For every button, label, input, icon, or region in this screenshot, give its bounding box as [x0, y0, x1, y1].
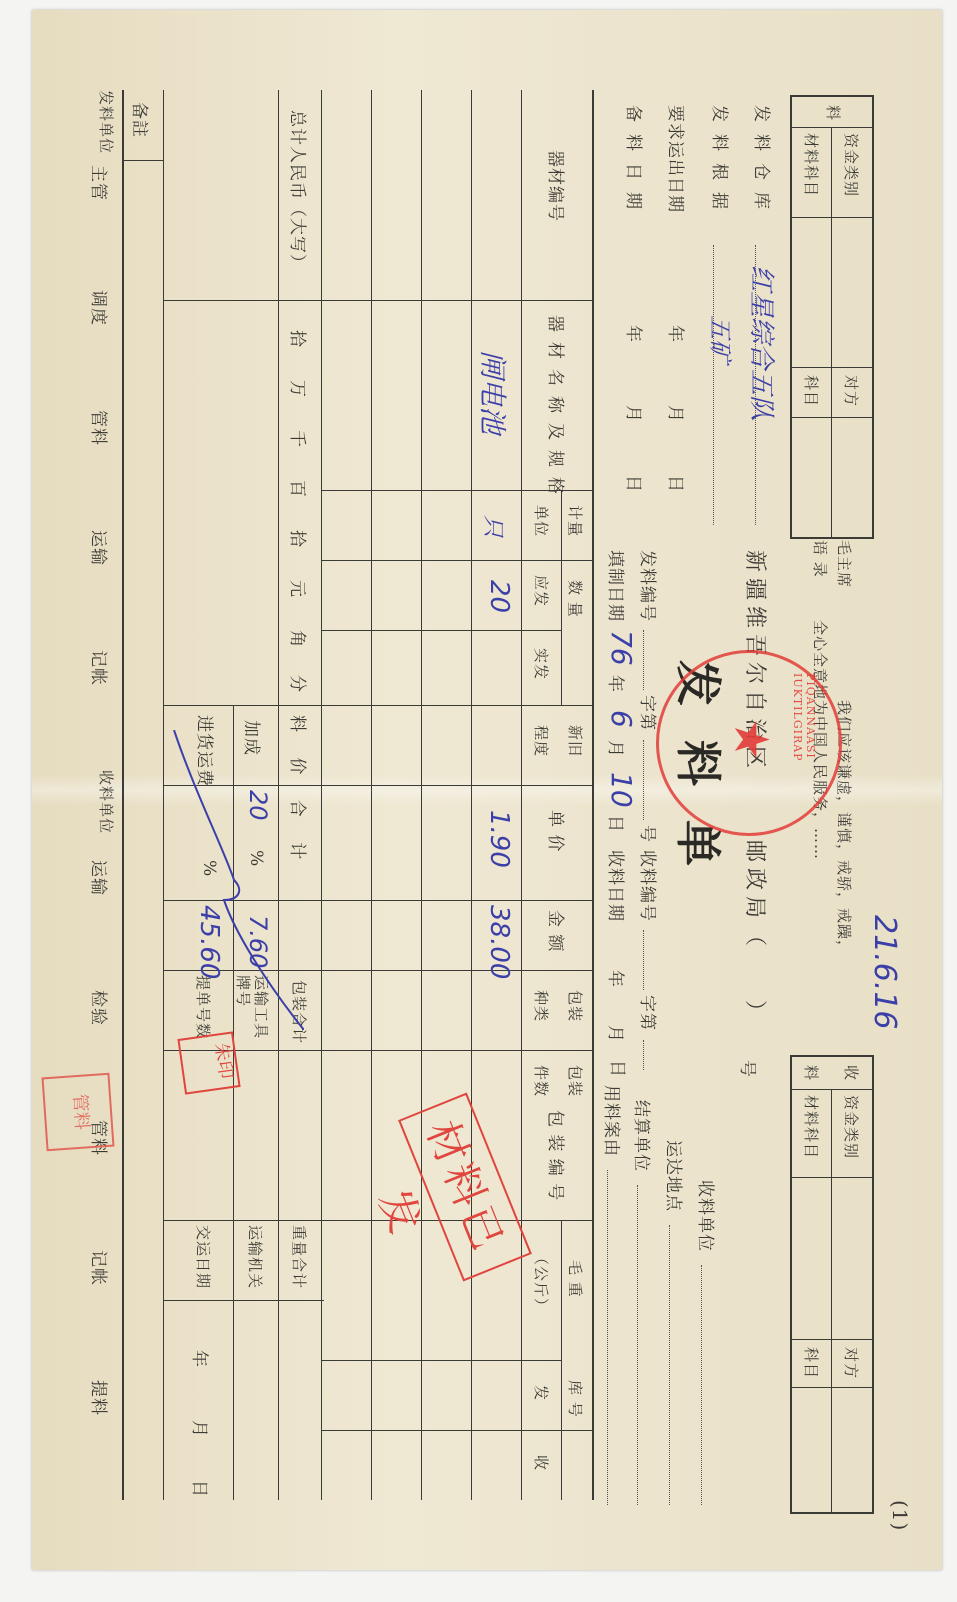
- receive-day: 日: [607, 1060, 632, 1078]
- header-fields-middle: 发料编号 字第 号 收料编号 字第 填制日期 76 年 6 月 10 日 收料日…: [602, 550, 662, 1090]
- materials-table: 器材编号 器材名称及规格 计量 单位 数 量 应发 实发 新旧 程度 单 价 金…: [321, 90, 594, 1500]
- org-suffix: 邮政局（: [741, 840, 772, 952]
- settlement-unit-label: 结算单位: [631, 1100, 656, 1172]
- col-unit: 单位: [531, 505, 552, 537]
- col-equipment-name: 器材名称及规格: [545, 315, 570, 504]
- receive-unit-label: 收料单位: [695, 1180, 720, 1252]
- receive-counter-label: 对方: [841, 1347, 862, 1379]
- unit-qian: 千: [287, 430, 312, 448]
- quote-label: 毛主席: [834, 540, 855, 588]
- org-close: ）: [741, 1000, 772, 1028]
- col-stock-send: 发: [531, 1385, 552, 1401]
- col-unit-price: 单 价: [545, 810, 570, 852]
- sig-receive-inspection: 检验: [88, 990, 113, 1026]
- signature-row: 发料单位 主管 调度 管料 运输 记帐 收料单位 运输 检验 管料 记帐 提料: [67, 90, 117, 1500]
- row-amount: 38.00: [484, 905, 514, 979]
- col-pkg-count-top: 包装: [565, 1065, 586, 1097]
- col-qty-actual: 实发: [531, 648, 552, 680]
- void-strike-line: [164, 730, 304, 1030]
- col-pkg-count: 件数: [531, 1065, 552, 1097]
- receive-side-label-2: 料: [801, 1065, 822, 1081]
- basis-label: 发料根据: [709, 105, 734, 221]
- fill-date-day-value: 10: [605, 772, 638, 808]
- square-seal-1-text: 朱印: [210, 1042, 236, 1081]
- table-row: 闸电池 只 20 1.90 38.00: [472, 90, 522, 1500]
- col-amount: 金 额: [545, 910, 570, 952]
- receive-date-label: 收料日期: [605, 850, 630, 922]
- warehouse-label: 发料仓库: [751, 105, 776, 221]
- usage-reason-label: 用料案由: [601, 1085, 626, 1157]
- issue-num-label: 号: [637, 825, 662, 843]
- bottom-day: 日: [189, 1480, 214, 1498]
- unit-wan: 万: [287, 380, 312, 398]
- col-unit-top: 计量: [565, 505, 586, 537]
- fill-date-year-value: 76: [605, 630, 638, 666]
- fund-type-label: 资金类别: [841, 133, 862, 197]
- col-qty-due: 应发: [531, 575, 552, 607]
- sig-issue-material: 管料: [88, 410, 113, 446]
- prep-year: 年: [623, 325, 648, 343]
- col-pkg-no: 包 装 编 号: [545, 1110, 570, 1201]
- receive-fund-type-label: 资金类别: [841, 1095, 862, 1159]
- counter-subject-label: 科目: [801, 375, 822, 407]
- col-condition-top: 新旧: [565, 725, 586, 757]
- prep-month: 月: [623, 405, 648, 423]
- unit-bai: 百: [287, 480, 312, 498]
- col-stock-no-top: 库 号: [565, 1380, 586, 1418]
- receive-unit-sig-label: 收料单位: [96, 770, 117, 834]
- receive-month: 月: [605, 1025, 630, 1043]
- prep-date-label: 备料日期: [623, 105, 648, 221]
- unit-shi-wan: 拾: [287, 330, 312, 348]
- col-pkg-type-top: 包装: [565, 990, 586, 1022]
- receive-no-label: 收料编号: [637, 850, 662, 922]
- sig-issue-transport: 运输: [88, 530, 113, 566]
- ship-day: 日: [665, 475, 690, 493]
- sig-issue-dispatch: 调度: [88, 290, 113, 326]
- col-gross-weight-unit: （公斤）: [531, 1250, 552, 1314]
- receive-side-label: 收: [841, 1065, 862, 1081]
- counter-label: 对方: [841, 375, 862, 407]
- square-seal-2: 管料: [42, 1073, 115, 1152]
- ship-date-label: 要求运出日期: [665, 105, 690, 213]
- ship-month: 月: [665, 405, 690, 423]
- sig-issue-bookkeeping: 记帐: [88, 650, 113, 686]
- issue-unit-label: 发料单位: [96, 90, 117, 154]
- row-unit: 只: [479, 515, 510, 537]
- ship-date-label-bottom: 交运日期: [193, 1225, 214, 1289]
- fill-date-month-value: 6: [605, 710, 638, 728]
- quote-label-2: 语 录: [810, 540, 831, 578]
- material-issue-form-paper: 料 资金类别 材料科目 对方 科目 毛主席 语 录 我们应该谦虚，谨慎，戒骄，戒…: [32, 10, 942, 1570]
- receive-material-subject-label: 材料科目: [801, 1095, 822, 1159]
- issue-no-label: 发料编号: [637, 550, 662, 622]
- delivery-place-label: 运达地点: [663, 1140, 688, 1212]
- sig-receive-pickup: 提料: [88, 1380, 113, 1416]
- unit-shi: 拾: [287, 530, 312, 548]
- remarks-row: 备註: [122, 90, 164, 1500]
- col-qty-top: 数 量: [565, 580, 586, 618]
- total-rmb-label: 总计人民币（大写）: [287, 110, 312, 272]
- rotated-document-stage: 料 资金类别 材料科目 对方 科目 毛主席 语 录 我们应该谦虚，谨慎，戒骄，戒…: [0, 0, 957, 1602]
- remarks-label: 备註: [129, 102, 154, 138]
- receive-num-label: 号: [737, 1060, 762, 1078]
- unit-fen: 分: [287, 675, 312, 693]
- receive-counter-subject-label: 科目: [801, 1347, 822, 1379]
- fill-month: 月: [605, 740, 630, 758]
- basis-value: 五矿: [705, 315, 740, 363]
- col-gross-weight-top: 毛 重: [565, 1260, 586, 1298]
- header-fields-left: 发料仓库 红星综合五队 发料根据 五矿 要求运出日期 年 月 日 备料日期 年 …: [602, 95, 782, 555]
- col-pkg-type: 种类: [531, 990, 552, 1022]
- fill-date-label: 填制日期: [605, 550, 630, 622]
- receive-year: 年: [605, 970, 630, 988]
- weight-total-label: 重量合计: [289, 1225, 310, 1289]
- red-star-icon: ★: [723, 718, 779, 761]
- fill-day: 日: [605, 815, 630, 833]
- header-fields-right: 号 日 收料单位 运达地点 结算单位 用料案由: [602, 1050, 772, 1520]
- round-finance-seal: ★ PIQANNAASI IUKTILGIRAP: [656, 650, 842, 836]
- unit-yuan: 元: [287, 580, 312, 598]
- issue-account-box: 料 资金类别 材料科目 对方 科目: [790, 95, 874, 539]
- handwritten-corner-note: 21.6.16: [867, 915, 902, 1030]
- col-equipment-no: 器材编号: [545, 150, 570, 222]
- bottom-year: 年: [189, 1350, 214, 1368]
- bottom-month: 月: [189, 1420, 214, 1438]
- totals-table: 总计人民币（大写） 拾 万 千 百 拾 元 角 分 料 价 合 计 加成 20 …: [163, 90, 324, 1500]
- material-subject-label: 材料科目: [801, 133, 822, 197]
- seal-latin-text: PIQANNAASI IUKTILGIRAP: [791, 673, 817, 833]
- page-number-mark: (1): [888, 1500, 912, 1531]
- row-qty-due: 20: [484, 580, 514, 613]
- ship-year: 年: [665, 325, 690, 343]
- transport-org-label: 运输机关: [245, 1225, 266, 1289]
- receive-char-label: 字第: [637, 995, 662, 1031]
- row-name: 闸电池: [474, 350, 514, 434]
- square-seal-1: 朱印: [177, 1031, 240, 1094]
- prep-day: 日: [623, 475, 648, 493]
- fill-year: 年: [605, 675, 630, 693]
- sig-receive-bookkeeping: 记帐: [88, 1250, 113, 1286]
- receive-account-box: 收 料 资金类别 材料科目 对方 科目: [790, 1055, 874, 1514]
- square-seal-2-text: 管料: [69, 1093, 92, 1130]
- sig-issue-supervisor: 主管: [88, 165, 113, 201]
- sig-receive-transport: 运输: [88, 860, 113, 896]
- unit-jiao: 角: [287, 630, 312, 648]
- col-stock-receive: 收: [531, 1455, 552, 1471]
- warehouse-value: 红星综合五队: [745, 265, 782, 421]
- row-unit-price: 1.90: [484, 810, 514, 868]
- col-condition: 程度: [531, 725, 552, 757]
- issue-side-label: 料: [823, 105, 844, 121]
